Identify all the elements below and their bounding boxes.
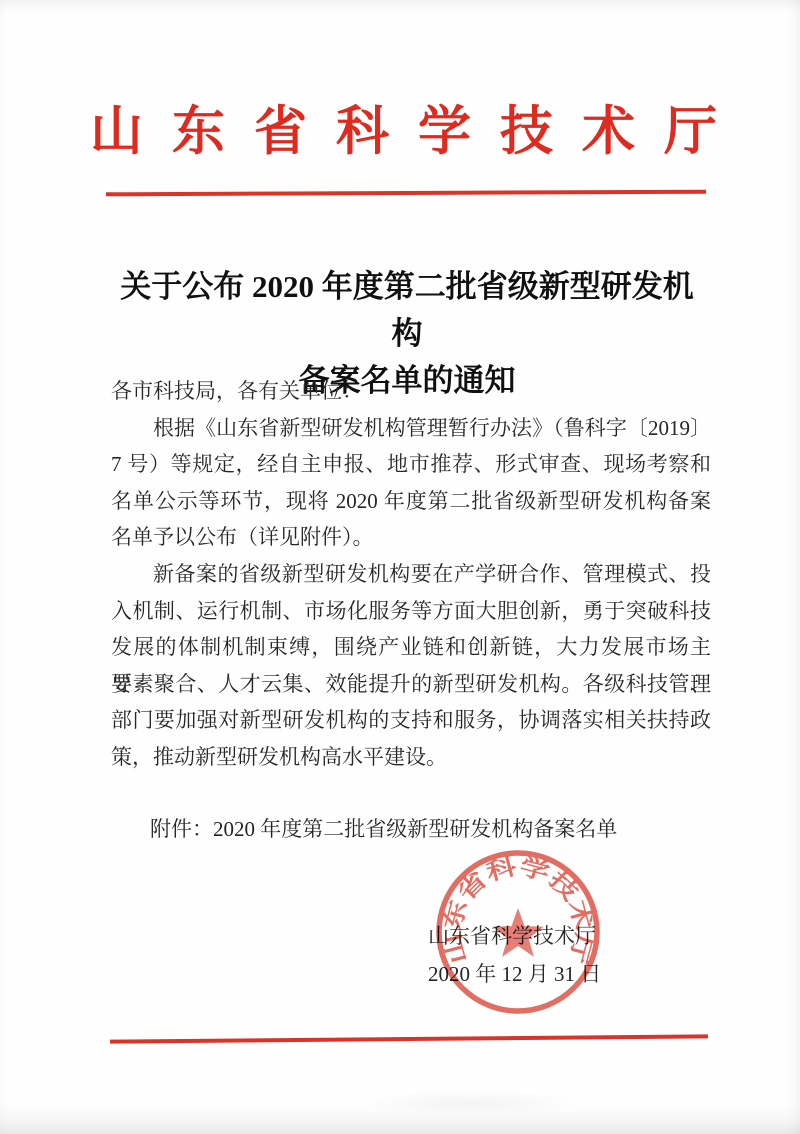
body-line: 7 号）等规定，经自主申报、地市推荐、形式审查、现场考察和 <box>111 446 711 483</box>
body-line: 策，推动新型研发机构高水平建设。 <box>111 739 711 776</box>
signature-block: 山东省科学技术厅 2020 年 12 月 31 日 <box>428 917 601 993</box>
masthead-rule-line <box>106 190 706 197</box>
body-line: 根据《山东省新型研发机构管理暂行办法》（鲁科字〔2019〕 <box>111 410 711 447</box>
body-line: 发展的体制机制束缚，围绕产业链和创新链，大力发展市场主导、 <box>111 629 711 666</box>
body-line: 新备案的省级新型研发机构要在产学研合作、管理模式、投 <box>111 556 711 593</box>
body-line: 名单公示等环节，现将 2020 年度第二批省级新型研发机构备案 <box>111 483 711 520</box>
signature-org: 山东省科学技术厅 <box>428 917 601 955</box>
signature-date: 2020 年 12 月 31 日 <box>428 955 601 993</box>
document-page: 山东省科学技术厅 关于公布 2020 年度第二批省级新型研发机构 备案名单的通知… <box>0 0 800 1134</box>
bottom-rule-line <box>110 1034 708 1043</box>
document-title-line1: 关于公布 2020 年度第二批省级新型研发机构 <box>107 263 707 357</box>
scan-smudge <box>360 1090 580 1116</box>
body-line: 名单予以公布（详见附件）。 <box>111 519 711 556</box>
salutation-line: 各市科技局，各有关单位： <box>111 373 711 410</box>
agency-masthead: 山东省科学技术厅 <box>18 101 800 163</box>
attachment-line: 附件：2020 年度第二批省级新型研发机构备案名单 <box>150 814 617 844</box>
body-line: 入机制、运行机制、市场化服务等方面大胆创新，勇于突破科技 <box>111 593 711 630</box>
document-body: 各市科技局，各有关单位： 根据《山东省新型研发机构管理暂行办法》（鲁科字〔201… <box>111 373 711 776</box>
body-line: 部门要加强对新型研发机构的支持和服务，协调落实相关扶持政 <box>111 702 711 739</box>
body-line: 要素聚合、人才云集、效能提升的新型研发机构。各级科技管理 <box>111 666 711 703</box>
